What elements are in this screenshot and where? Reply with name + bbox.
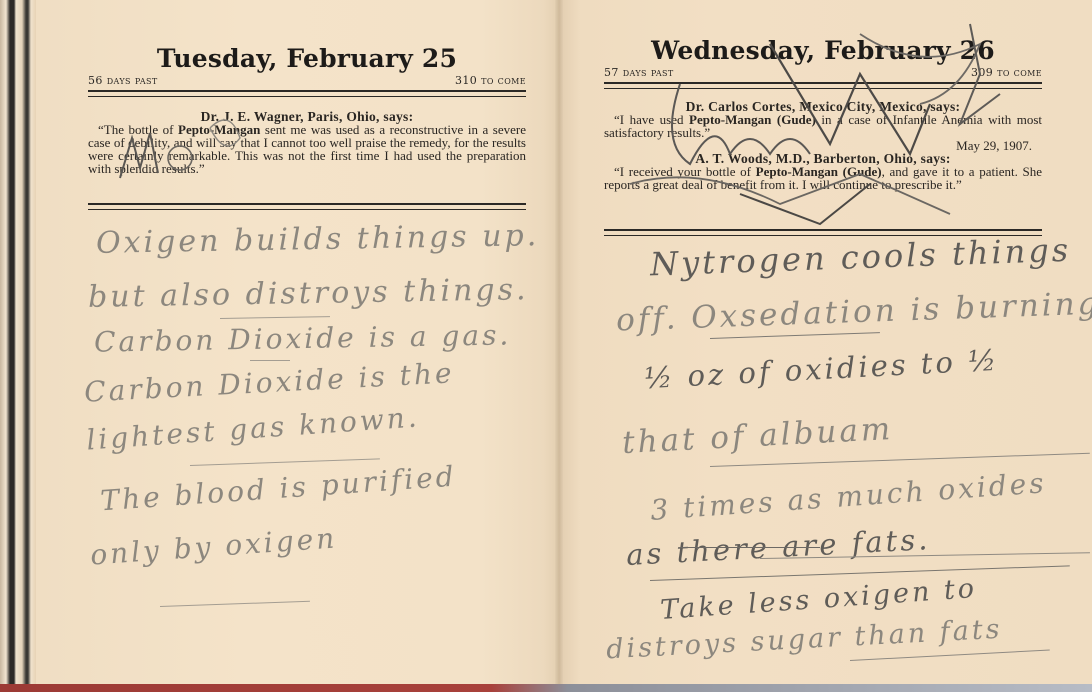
left-page-date-title: Tuesday, February 25 <box>88 44 526 73</box>
pencil-underline <box>680 547 820 548</box>
right-testimonials: Dr. Carlos Cortes, Mexico City, Mexico, … <box>604 100 1042 191</box>
testimonial-end-rule <box>88 203 526 210</box>
testimonial-quote: “The bottle of Pepto-Mangan sent me was … <box>88 123 526 175</box>
testimonial-quote: “I received your bottle of Pepto-Mangan … <box>604 165 1042 191</box>
right-days-counter: 57 days past 309 to come <box>604 66 1042 79</box>
left-testimonial: Dr. J. E. Wagner, Paris, Ohio, says: “Th… <box>88 110 526 175</box>
days-past-label: 57 days past <box>604 66 674 79</box>
days-to-come-label: 310 to come <box>455 74 526 87</box>
right-page-header: Wednesday, February 26 57 days past 309 … <box>604 36 1042 89</box>
left-days-counter: 56 days past 310 to come <box>88 74 526 87</box>
page-edges <box>0 0 36 685</box>
left-page-header: Tuesday, February 25 56 days past 310 to… <box>88 44 526 97</box>
header-rule <box>88 90 526 97</box>
right-page-date-title: Wednesday, February 26 <box>604 36 1042 65</box>
open-diary-book: Tuesday, February 25 56 days past 310 to… <box>0 0 1092 692</box>
book-cover-edge <box>0 684 1092 692</box>
book-gutter <box>555 0 563 685</box>
testimonial-quote: “I have used Pepto-Mangan (Gude) in a ca… <box>604 113 1042 139</box>
days-past-label: 56 days past <box>88 74 158 87</box>
pencil-underline <box>250 360 290 361</box>
days-to-come-label: 309 to come <box>971 66 1042 79</box>
header-rule <box>604 82 1042 89</box>
